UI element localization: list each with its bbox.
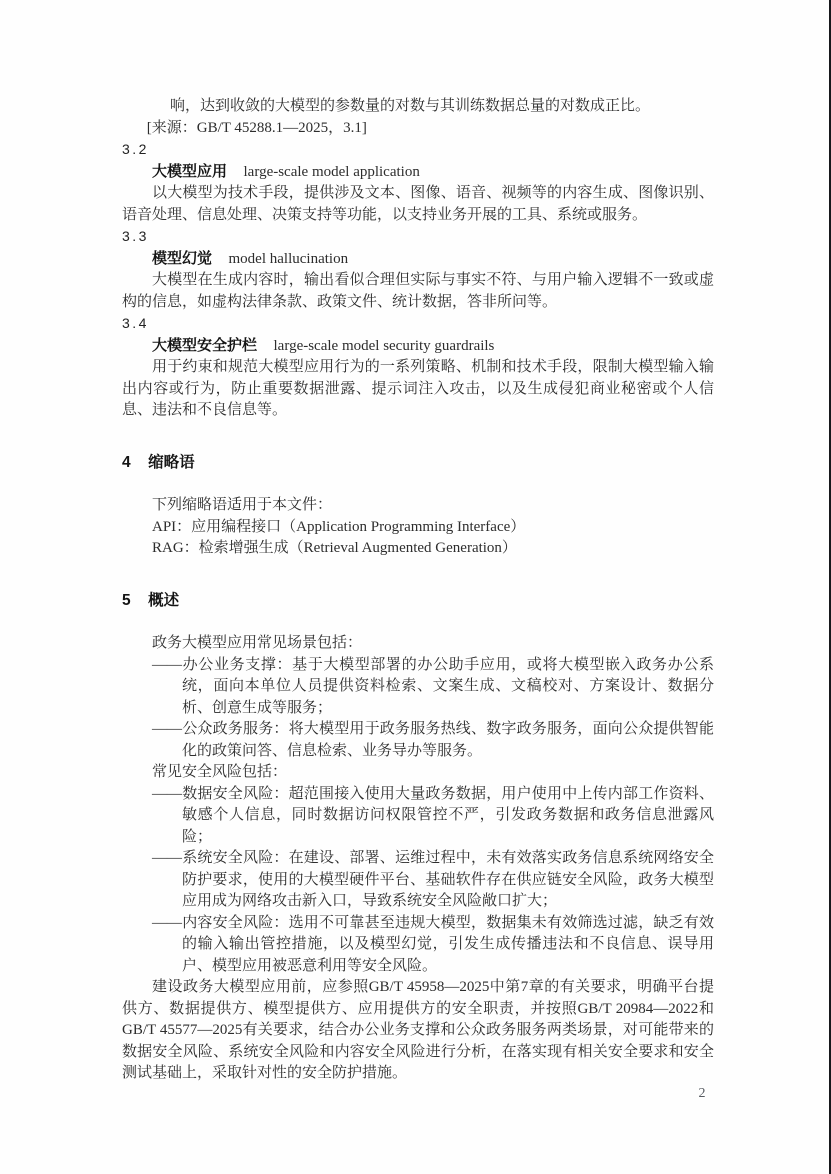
section-5-number: 5	[122, 592, 131, 609]
risk-item-content: ——内容安全风险：选用不可靠甚至违规大模型，数据集未有效筛选过滤，缺乏有效的输入…	[122, 913, 714, 978]
term-definition-3-3: 大模型在生成内容时，输出看似合理但实际与事实不符、与用户输入逻辑不一致或虚构的信…	[122, 270, 714, 313]
term-block-3-2: 3.2 大模型应用 large-scale model application …	[122, 139, 714, 226]
term-line-3-2: 大模型应用 large-scale model application	[122, 161, 714, 184]
risk-item-content-text: 内容安全风险：选用不可靠甚至违规大模型，数据集未有效筛选过滤，缺乏有效的输入输出…	[182, 915, 714, 974]
section-4-number: 4	[122, 454, 131, 471]
risk-item-system: ——系统安全风险：在建设、部署、运维过程中，未有效落实政务信息系统网络安全防护要…	[122, 848, 714, 913]
closing-paragraph: 建设政务大模型应用前，应参照GB/T 45958—2025中第7章的有关要求，明…	[122, 977, 714, 1085]
dash: ——	[152, 721, 182, 737]
dash: ——	[152, 915, 182, 931]
term-en-3-3: model hallucination	[229, 251, 349, 267]
term-line-3-4: 大模型安全护栏 large-scale model security guard…	[122, 335, 714, 358]
dash: ——	[152, 850, 182, 866]
page-number: 2	[692, 1086, 712, 1102]
term-block-3-3: 3.3 模型幻觉 model hallucination 大模型在生成内容时，输…	[122, 226, 714, 313]
dash: ——	[152, 786, 182, 802]
term-zh-3-2: 大模型应用	[152, 163, 227, 180]
term-en-3-2: large-scale model application	[244, 164, 420, 180]
section-5-heading: 5 概述	[122, 590, 714, 612]
risks-intro: 常见安全风险包括：	[122, 762, 714, 784]
carryover-paragraph: 响，达到收敛的大模型的参数量的对数与其训练数据总量的对数成正比。	[122, 96, 714, 118]
term-line-3-3: 模型幻觉 model hallucination	[122, 248, 714, 271]
abbreviations-intro: 下列缩略语适用于本文件：	[122, 495, 714, 517]
risk-item-data: ——数据安全风险：超范围接入使用大量政务数据，用户使用中上传内部工作资料、敏感个…	[122, 784, 714, 849]
dash: ——	[152, 657, 182, 673]
clause-number-3-4: 3.4	[122, 313, 714, 335]
abbreviation-rag: RAG：检索增强生成（Retrieval Augmented Generatio…	[122, 538, 714, 560]
source-reference: [来源：GB/T 45288.1—2025，3.1]	[122, 118, 714, 140]
term-definition-3-4: 用于约束和规范大模型应用行为的一系列策略、机制和技术手段，限制大模型输入输出内容…	[122, 357, 714, 422]
term-block-3-4: 3.4 大模型安全护栏 large-scale model security g…	[122, 313, 714, 422]
document-page: 响，达到收敛的大模型的参数量的对数与其训练数据总量的对数成正比。 [来源：GB/…	[0, 0, 831, 1174]
scenario-item-public-text: 公众政务服务：将大模型用于政务服务热线、数字政务服务，面向公众提供智能化的政策问…	[182, 721, 714, 759]
clause-number-3-2: 3.2	[122, 139, 714, 161]
abbreviation-api: API：应用编程接口（Application Programming Inter…	[122, 517, 714, 539]
scenarios-intro: 政务大模型应用常见场景包括：	[122, 633, 714, 655]
scenario-item-office: ——办公业务支撑：基于大模型部署的办公助手应用，或将大模型嵌入政务办公系统，面向…	[122, 655, 714, 720]
section-4-title: 缩略语	[148, 454, 195, 471]
scenario-item-office-text: 办公业务支撑：基于大模型部署的办公助手应用，或将大模型嵌入政务办公系统，面向本单…	[182, 657, 714, 716]
page-content: 响，达到收敛的大模型的参数量的对数与其训练数据总量的对数成正比。 [来源：GB/…	[122, 96, 714, 1085]
section-5-title: 概述	[148, 592, 179, 609]
term-definition-3-2: 以大模型为技术手段，提供涉及文本、图像、语音、视频等的内容生成、图像识别、语音处…	[122, 183, 714, 226]
scenario-item-public: ——公众政务服务：将大模型用于政务服务热线、数字政务服务，面向公众提供智能化的政…	[122, 719, 714, 762]
risk-item-system-text: 系统安全风险：在建设、部署、运维过程中，未有效落实政务信息系统网络安全防护要求，…	[182, 850, 714, 909]
risk-item-data-text: 数据安全风险：超范围接入使用大量政务数据，用户使用中上传内部工作资料、敏感个人信…	[182, 786, 714, 845]
term-zh-3-3: 模型幻觉	[152, 250, 212, 267]
term-en-3-4: large-scale model security guardrails	[274, 338, 495, 354]
clause-number-3-3: 3.3	[122, 226, 714, 248]
term-zh-3-4: 大模型安全护栏	[152, 337, 257, 354]
section-4-heading: 4 缩略语	[122, 452, 714, 474]
